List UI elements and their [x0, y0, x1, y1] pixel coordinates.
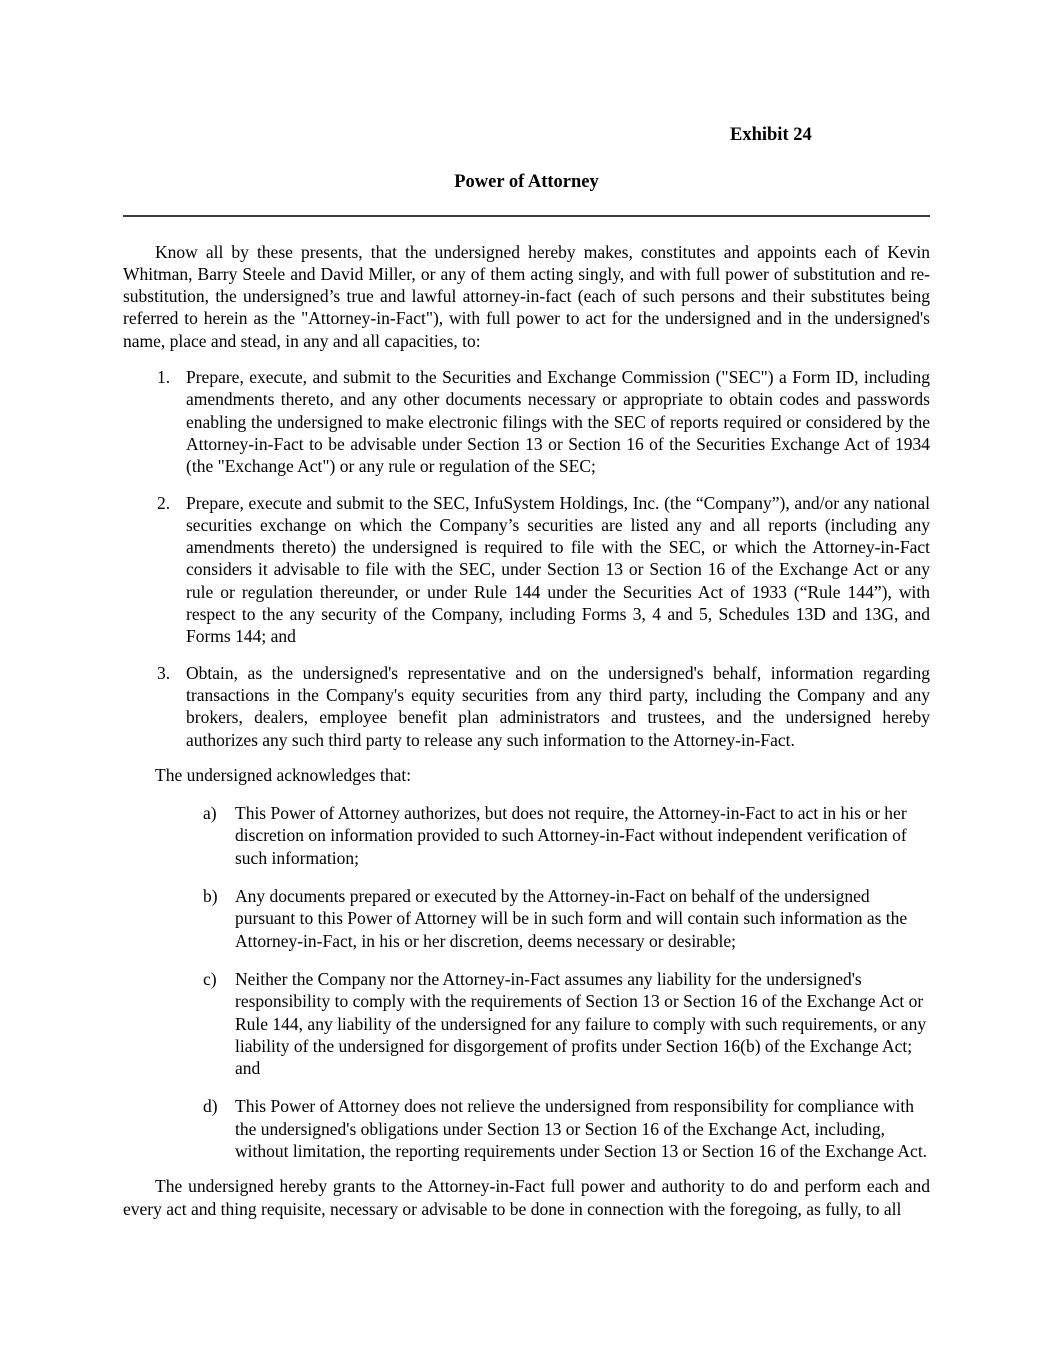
numbered-item-2: 2. Prepare, execute and submit to the SE… — [123, 492, 930, 648]
lettered-item-d-text: This Power of Attorney does not relieve … — [235, 1096, 927, 1161]
lettered-item-a-marker: a) — [203, 802, 217, 824]
header-divider — [123, 215, 930, 217]
intro-paragraph: Know all by these presents, that the und… — [123, 241, 930, 352]
numbered-item-3: 3. Obtain, as the undersigned's represen… — [123, 662, 930, 751]
lettered-item-c-marker: c) — [203, 968, 217, 990]
lettered-item-b: b) Any documents prepared or executed by… — [123, 885, 930, 952]
lettered-item-b-text: Any documents prepared or executed by th… — [235, 886, 907, 951]
numbered-item-3-text: Obtain, as the undersigned's representat… — [186, 663, 930, 750]
exhibit-label: Exhibit 24 — [123, 124, 930, 146]
document-title: Power of Attorney — [123, 171, 930, 193]
lettered-item-a: a) This Power of Attorney authorizes, bu… — [123, 802, 930, 869]
numbered-item-3-marker: 3. — [157, 662, 170, 684]
document-page: Exhibit 24 Power of Attorney Know all by… — [0, 0, 1055, 1365]
numbered-item-1-marker: 1. — [157, 366, 170, 388]
lettered-item-d: d) This Power of Attorney does not relie… — [123, 1095, 930, 1162]
lettered-item-b-marker: b) — [203, 885, 218, 907]
numbered-item-1: 1. Prepare, execute, and submit to the S… — [123, 366, 930, 477]
acknowledgement-intro: The undersigned acknowledges that: — [123, 764, 930, 786]
lettered-item-a-text: This Power of Attorney authorizes, but d… — [235, 803, 907, 868]
numbered-item-1-text: Prepare, execute, and submit to the Secu… — [186, 367, 930, 476]
lettered-item-c-text: Neither the Company nor the Attorney-in-… — [235, 969, 926, 1078]
lettered-item-d-marker: d) — [203, 1095, 218, 1117]
numbered-item-2-marker: 2. — [157, 492, 170, 514]
numbered-item-2-text: Prepare, execute and submit to the SEC, … — [186, 493, 930, 647]
closing-paragraph: The undersigned hereby grants to the Att… — [123, 1175, 930, 1220]
lettered-item-c: c) Neither the Company nor the Attorney-… — [123, 968, 930, 1079]
